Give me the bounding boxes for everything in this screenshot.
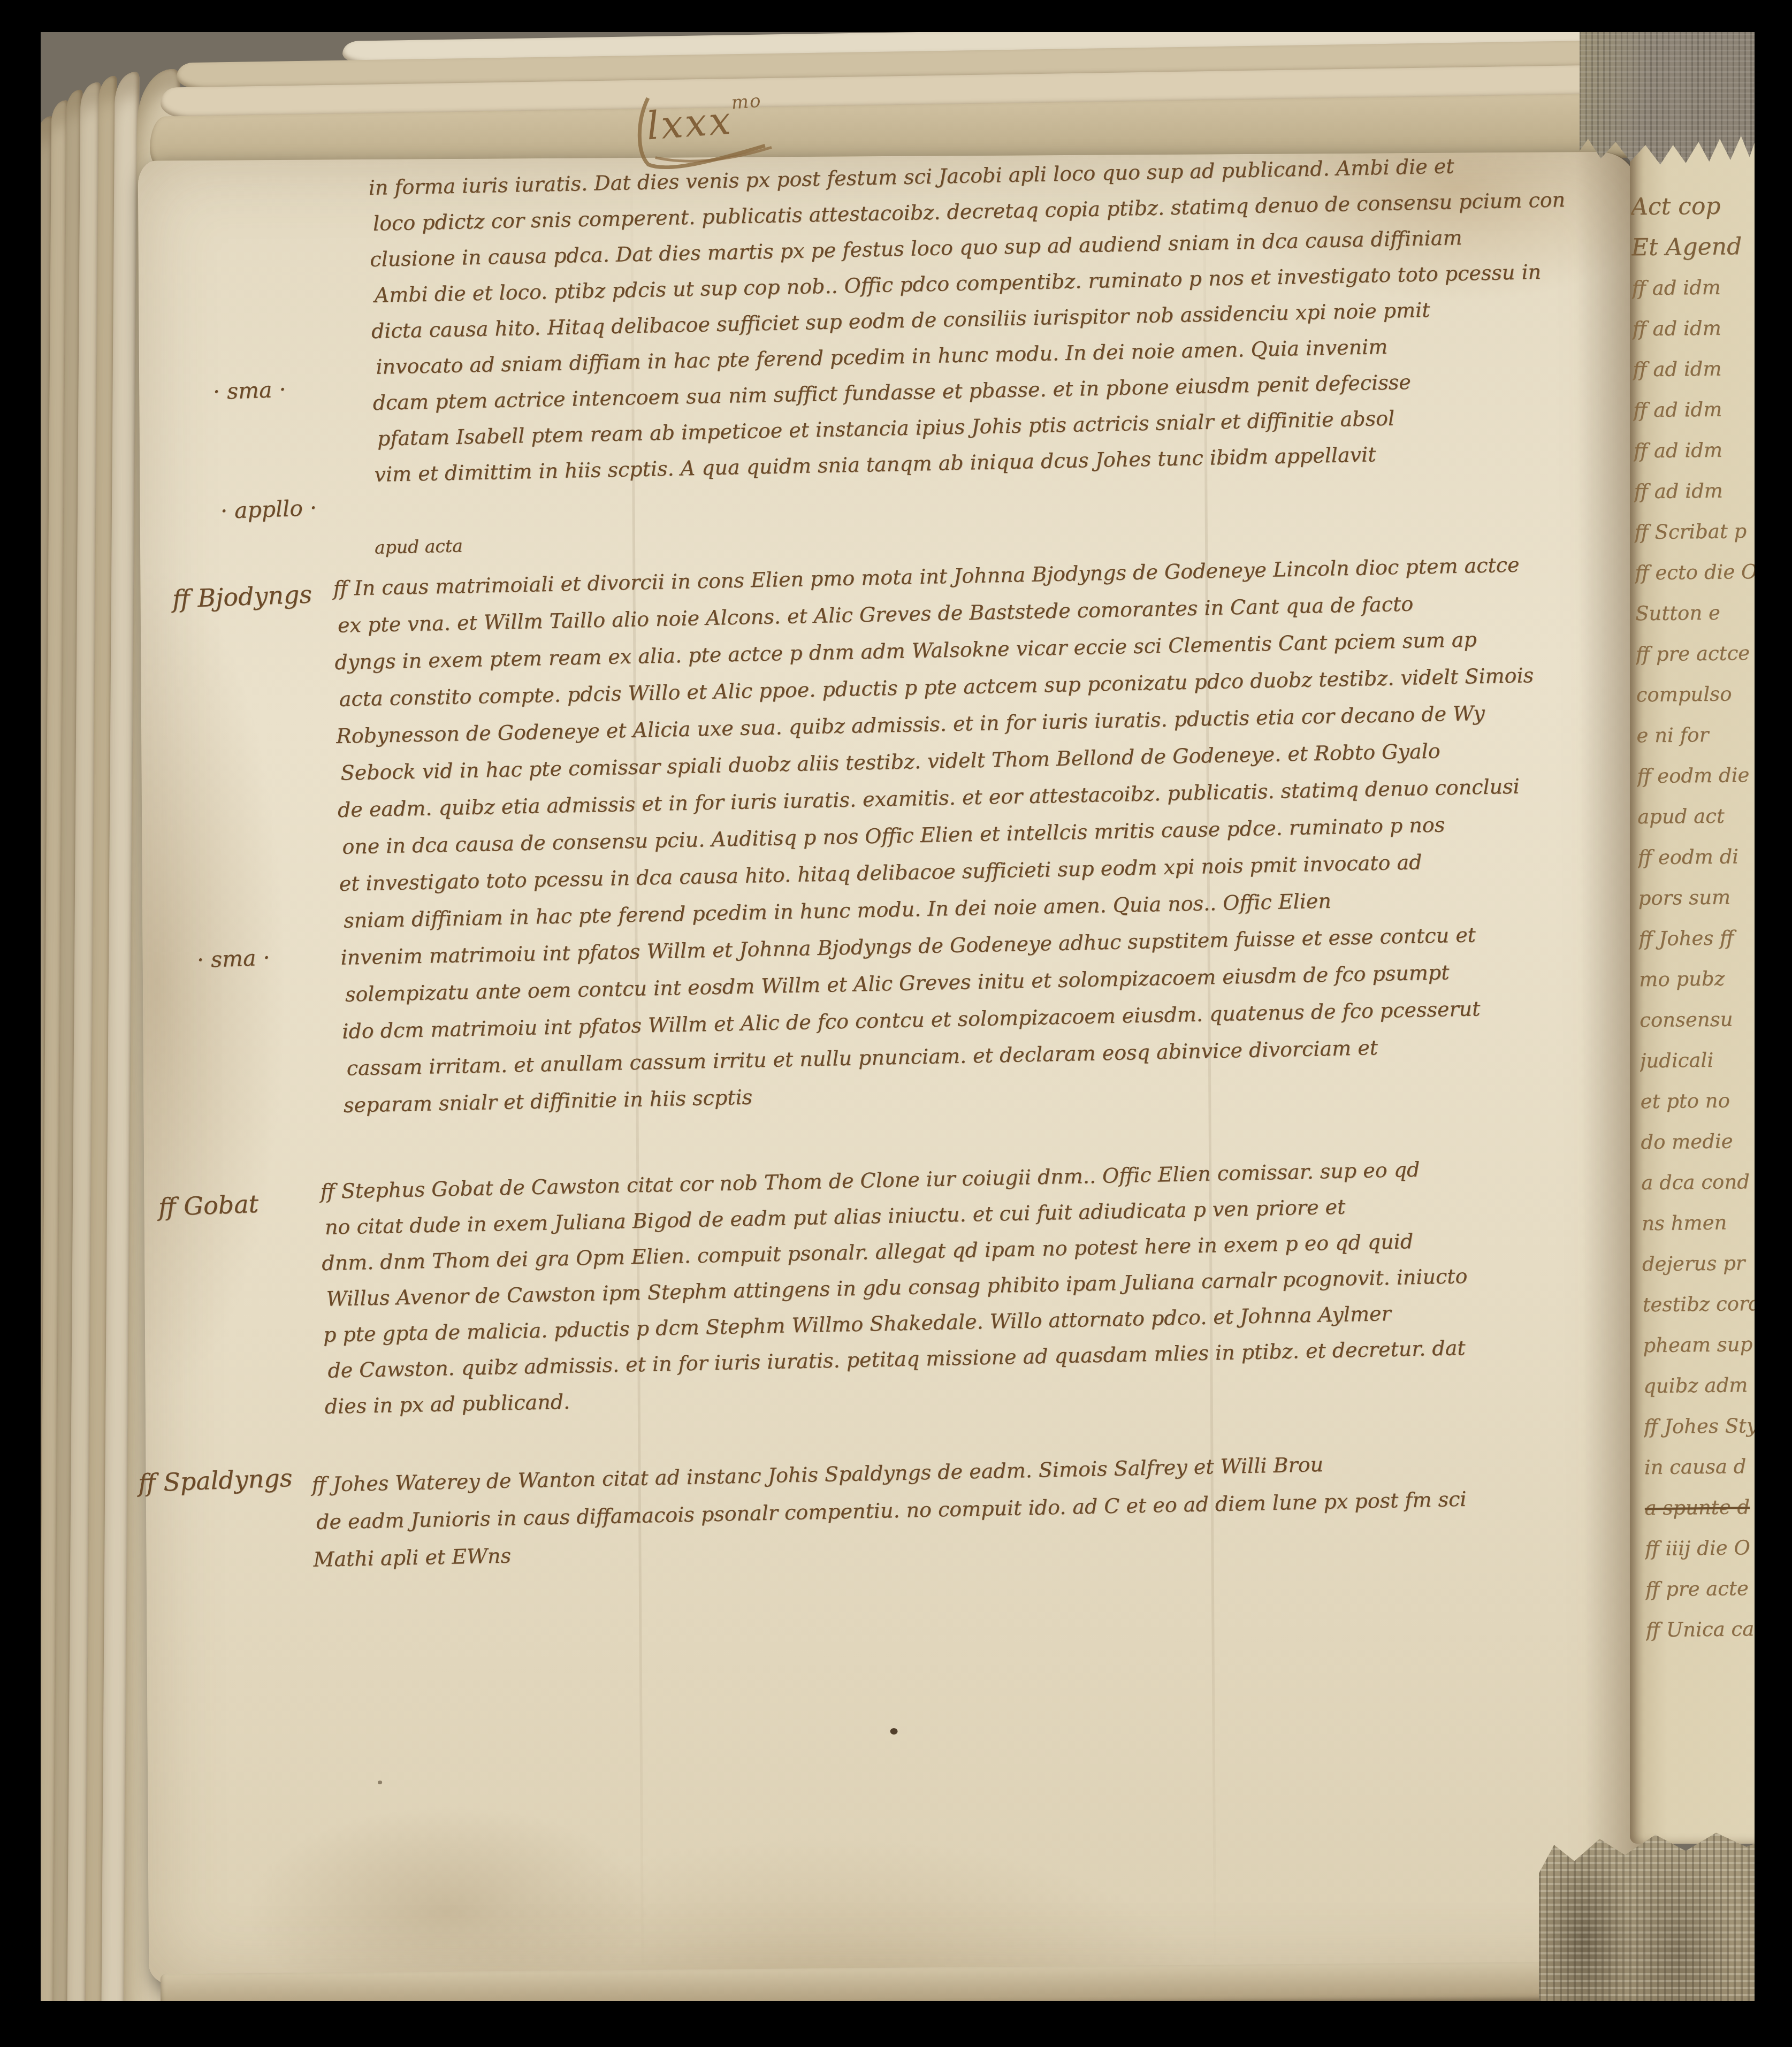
- text-line: ff pre actce: [1635, 633, 1766, 675]
- manuscript-photo: lxxxmo · sma · · appllo · ff Bjodyngs · …: [0, 0, 1792, 2047]
- margin-note-sentencia-1: · sma ·: [212, 377, 286, 405]
- text-line: quibz adm: [1643, 1365, 1774, 1407]
- text-line: ff ad idm: [1631, 267, 1763, 309]
- margin-note-appellatio: · appllo ·: [220, 495, 317, 524]
- text-line: ff Johes ff: [1638, 918, 1770, 960]
- text-line: ff ad idm: [1632, 308, 1763, 350]
- text-line: ff ecto die O: [1635, 552, 1766, 594]
- text-line: a dca cond: [1641, 1162, 1772, 1204]
- margin-note-spaldyngs: ff Spaldyngs: [138, 1463, 293, 1498]
- text-line: Et Agend: [1631, 226, 1763, 269]
- text-line: judicali: [1640, 1040, 1771, 1082]
- text-line: ff Scribat p: [1634, 511, 1765, 553]
- text-line: ff ad idm: [1633, 348, 1764, 391]
- margin-note-gobat: ff Gobat: [158, 1189, 259, 1221]
- text-line: ns hmen: [1642, 1202, 1773, 1244]
- text-line: Sutton e: [1635, 592, 1766, 635]
- apud-acta-heading: apud acta: [375, 535, 463, 557]
- text-line: do medie: [1641, 1121, 1772, 1163]
- text-line: apud act: [1637, 796, 1768, 838]
- text-line: ff eodm die: [1637, 755, 1768, 797]
- text-line: pors sum: [1638, 877, 1769, 919]
- text-line: in causa d: [1644, 1446, 1775, 1488]
- burlap-cloth-bottom-icon: [1539, 1829, 1792, 2031]
- text-line: compulso: [1636, 674, 1767, 716]
- right-page-text: Act copEt Agendff ad idmff ad idmff ad i…: [1631, 186, 1779, 1851]
- text-line: ff ad idm: [1634, 470, 1765, 513]
- entry-3-gobat-text: ff Stephus Gobat de Cawston citat cor no…: [320, 1151, 1466, 1425]
- text-line: a spunte d: [1644, 1487, 1775, 1529]
- entry-4-spaldyngs-text: ff Johes Waterey de Wanton citat ad inst…: [311, 1443, 1464, 1578]
- text-line: ff pre acte: [1645, 1568, 1776, 1610]
- text-line: ff Johes Sty: [1644, 1406, 1775, 1448]
- text-line: Act cop: [1631, 186, 1762, 228]
- text-line: ff ad idm: [1633, 389, 1764, 431]
- text-line: ff eodm di: [1637, 836, 1768, 879]
- text-line: pheam sup: [1643, 1324, 1774, 1366]
- text-line: e ni for: [1636, 714, 1767, 757]
- text-line: et pto no: [1640, 1080, 1771, 1122]
- text-line: dejerus pr: [1642, 1243, 1773, 1285]
- text-line: mo pubz: [1639, 958, 1770, 1000]
- text-line: ff iiij die O: [1645, 1527, 1776, 1570]
- ink-speck: [890, 1728, 898, 1735]
- text-line: testibz cord: [1642, 1284, 1773, 1326]
- folio-number: lxxxmo: [645, 90, 765, 149]
- margin-note-sentencia-2: · sma ·: [196, 945, 270, 973]
- entry-1-text: in forma iuris iuratis. Dat dies venis p…: [368, 146, 1567, 493]
- margin-note-bjodyngs: ff Bjodyngs: [172, 579, 312, 613]
- ink-speck: [378, 1781, 382, 1784]
- entry-2-bjodyngs-text: ff In caus matrimoiali et divorcii in co…: [333, 546, 1538, 1124]
- text-line: consensu: [1640, 999, 1771, 1041]
- text-line: ff Unica cau: [1646, 1609, 1777, 1651]
- text-line: ff ad idm: [1633, 430, 1764, 472]
